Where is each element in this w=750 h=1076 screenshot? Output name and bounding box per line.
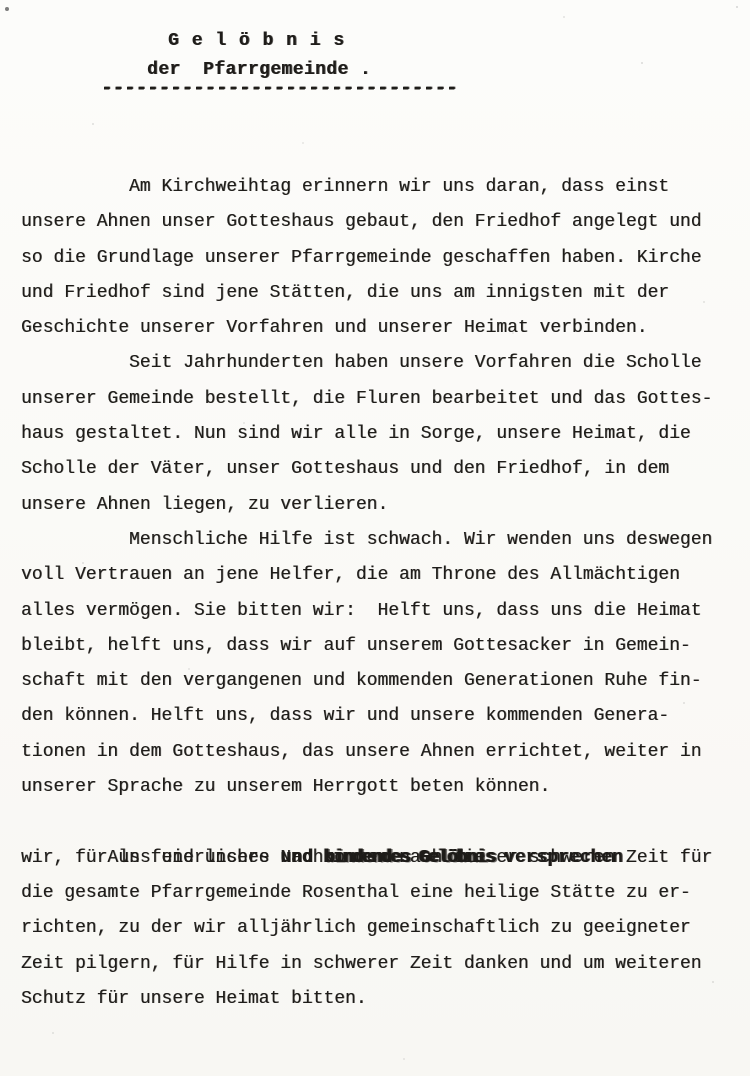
paragraph: Seit Jahrhunderten haben unsere Vorfahre… — [21, 346, 736, 522]
text-line: bleibt, helft uns, dass wir auf unserem … — [21, 629, 736, 664]
scanned-document-page: G e l ö b n i s der Pfarrgemeinde . ----… — [0, 0, 750, 1076]
text-line: richten, zu der wir alljährlich gemeinsc… — [21, 911, 736, 946]
text-line: Zeit pilgern, für Hilfe in schwerer Zeit… — [21, 947, 736, 982]
paragraph: Als feierliches und bindendes Gelöbnis v… — [21, 805, 736, 1017]
text-line: Schutz für unsere Heimat bitten. — [21, 982, 736, 1017]
paragraph: Am Kirchweihtag erinnern wir uns daran, … — [21, 170, 736, 346]
text-line: die gesamte Pfarrgemeinde Rosenthal eine… — [21, 876, 736, 911]
text-line: alles vermögen. Sie bitten wir: Helft un… — [21, 594, 736, 629]
text-line: Am Kirchweihtag erinnern wir uns daran, … — [21, 170, 736, 205]
text-line: und Friedhof sind jene Stätten, die uns … — [21, 276, 736, 311]
text-line: so die Grundlage unserer Pfarrgemeinde g… — [21, 241, 736, 276]
paragraph: Menschliche Hilfe ist schwach. Wir wende… — [21, 523, 736, 805]
text-line: unserer Sprache zu unserem Herrgott bete… — [21, 770, 736, 805]
title-underline: ------------------------------- — [101, 80, 458, 96]
text-line: Seit Jahrhunderten haben unsere Vorfahre… — [21, 346, 736, 381]
text-line: Menschliche Hilfe ist schwach. Wir wende… — [21, 523, 736, 558]
text-line: Geschichte unserer Vorfahren und unserer… — [21, 311, 736, 346]
document-body: Am Kirchweihtag erinnern wir uns daran, … — [21, 170, 736, 1017]
scan-speckles — [0, 0, 2, 2]
text-line: unsere Ahnen liegen, zu verlieren. — [21, 488, 736, 523]
text-line: unserer Gemeinde bestellt, die Fluren be… — [21, 382, 736, 417]
text-line: schaft mit den vergangenen und kommenden… — [21, 664, 736, 699]
text-line: den können. Helft uns, dass wir und unse… — [21, 699, 736, 734]
text-line: haus gestaltet. Nun sind wir alle in Sor… — [21, 417, 736, 452]
text-line: tionen in dem Gotteshaus, das unsere Ahn… — [21, 735, 736, 770]
text-line: voll Vertrauen an jene Helfer, die am Th… — [21, 558, 736, 593]
text-line-overstruck: Als feierliches und bindendes Gelöbnis v… — [21, 805, 736, 840]
text-line: Scholle der Väter, unser Gotteshaus und … — [21, 452, 736, 487]
text-line: unsere Ahnen unser Gotteshaus gebaut, de… — [21, 205, 736, 240]
document-title: G e l ö b n i s — [168, 31, 345, 51]
text-line: wir, für uns und unsere Nachkommen nach … — [21, 841, 736, 876]
